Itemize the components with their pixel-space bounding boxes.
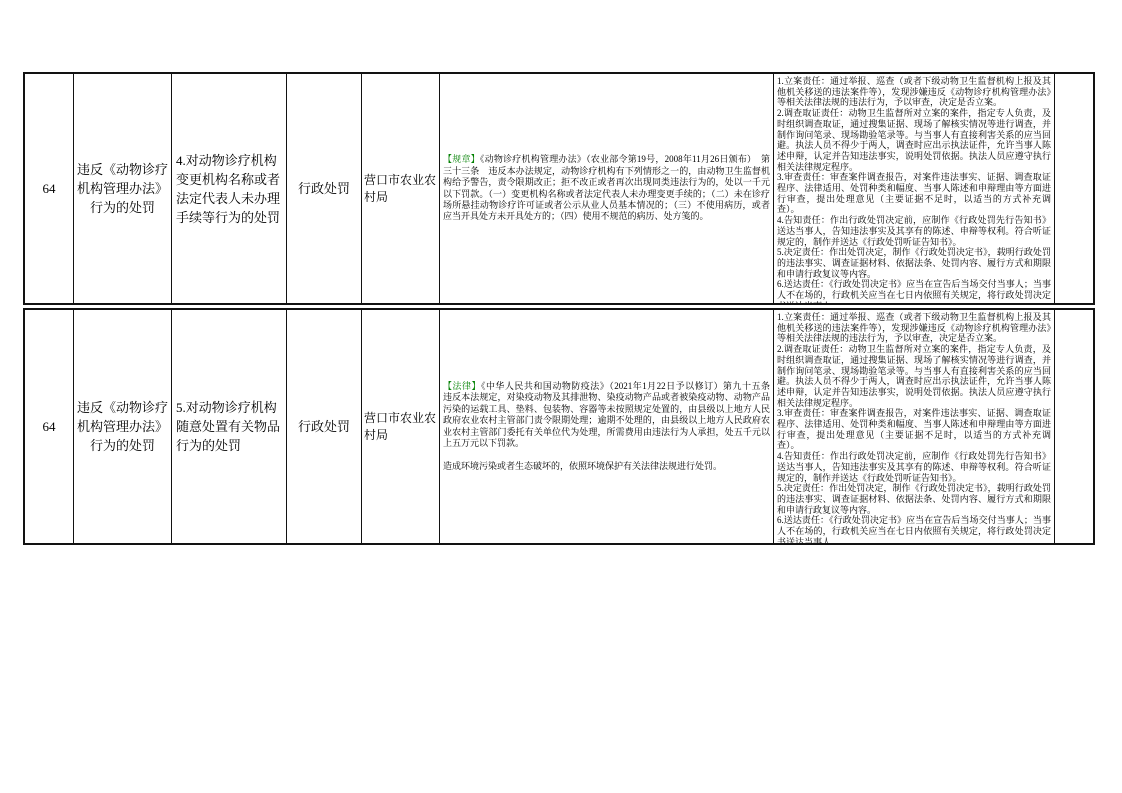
cell-sequence-number: 64 <box>25 310 74 543</box>
legal-basis-text: 【法律】《中华人民共和国动物防疫法》（2021年1月22日予以修订）第九十五条 … <box>443 381 770 472</box>
cell-legal-basis: 【规章】《动物诊疗机构管理办法》（农业部令第19号，2008年11月26日颁布）… <box>440 74 774 303</box>
duty-item: 2.调查取证责任：动物卫生监督所对立案的案件，指定专人负责，及时组织调查取证，通… <box>777 108 1051 172</box>
legal-type-tag: 【规章】 <box>443 154 480 164</box>
legal-basis-paragraph: 【规章】《动物诊疗机构管理办法》（农业部令第19号，2008年11月26日颁布）… <box>443 154 770 222</box>
duty-item: 3.审查责任：审查案件调查报告，对案件违法事实、证据、调查取证程序、法律适用、处… <box>777 172 1051 215</box>
cell-remarks-empty <box>1055 74 1093 303</box>
authority-name: 营口市农业农村局 <box>364 410 437 444</box>
duty-item: 6.送达责任：《行政处罚决定书》应当在宣告后当场交付当事人；当事人不在场的，行政… <box>777 515 1051 543</box>
cell-category: 行政处罚 <box>287 310 362 543</box>
cell-matter-name: 违反《动物诊疗机构管理办法》行为的处罚 <box>74 310 172 543</box>
sub-item-name: 5.对动物诊疗机构随意处置有关物品行为的处罚 <box>176 398 282 455</box>
cell-matter-name: 违反《动物诊疗机构管理办法》行为的处罚 <box>74 74 172 303</box>
cell-legal-basis: 【法律】《中华人民共和国动物防疫法》（2021年1月22日予以修订）第九十五条 … <box>440 310 774 543</box>
cell-sequence-number: 64 <box>25 74 74 303</box>
cell-implementing-authority: 营口市农业农村局 <box>362 74 440 303</box>
authority-list-table: 64 违反《动物诊疗机构管理办法》行为的处罚 4.对动物诊疗机构变更机构名称或者… <box>23 72 1095 545</box>
sequence-number: 64 <box>43 417 56 436</box>
legal-basis-text: 【规章】《动物诊疗机构管理办法》（农业部令第19号，2008年11月26日颁布）… <box>443 154 770 222</box>
legal-basis-body: 《动物诊疗机构管理办法》（农业部令第19号，2008年11月26日颁布） 第三十… <box>443 154 770 221</box>
cell-implementing-authority: 营口市农业农村局 <box>362 310 440 543</box>
duty-item: 5.决定责任：作出处罚决定，制作《行政处罚决定书》，载明行政处罚的违法事实、调查… <box>777 483 1051 515</box>
duty-item: 5.决定责任：作出处罚决定，制作《行政处罚决定书》，载明行政处罚的违法事实、调查… <box>777 247 1051 279</box>
sub-item-name: 4.对动物诊疗机构变更机构名称或者法定代表人未办理手续等行为的处罚 <box>176 151 282 227</box>
legal-basis-body: 《中华人民共和国动物防疫法》（2021年1月22日予以修订）第九十五条 违反本法… <box>443 381 774 448</box>
cell-remarks-empty <box>1055 310 1093 543</box>
duty-item: 3.审查责任：审查案件调查报告，对案件违法事实、证据、调查取证程序、法律适用、处… <box>777 408 1051 451</box>
category-label: 行政处罚 <box>298 179 350 198</box>
duty-item: 6.送达责任：《行政处罚决定书》应当在宣告后当场交付当事人；当事人不在场的，行政… <box>777 279 1051 303</box>
table-row: 64 违反《动物诊疗机构管理办法》行为的处罚 5.对动物诊疗机构随意处置有关物品… <box>23 308 1095 545</box>
matter-name: 违反《动物诊疗机构管理办法》行为的处罚 <box>77 160 168 217</box>
document-page: 64 违反《动物诊疗机构管理办法》行为的处罚 4.对动物诊疗机构变更机构名称或者… <box>0 0 1122 793</box>
duty-item: 1.立案责任：通过举报、巡查（或者下级动物卫生监督机构上报及其他机关移送的违法案… <box>777 76 1051 108</box>
legal-basis-extra-paragraph: 造成环境污染或者生态破坏的，依照环境保护有关法律法规进行处罚。 <box>443 461 770 472</box>
legal-type-tag: 【法律】 <box>443 381 481 391</box>
category-label: 行政处罚 <box>298 417 350 436</box>
cell-responsibilities: 1.立案责任：通过举报、巡查（或者下级动物卫生监督机构上报及其他机关移送的违法案… <box>774 310 1055 543</box>
authority-name: 营口市农业农村局 <box>364 172 437 206</box>
legal-basis-paragraph: 【法律】《中华人民共和国动物防疫法》（2021年1月22日予以修订）第九十五条 … <box>443 381 770 449</box>
cell-sub-item: 5.对动物诊疗机构随意处置有关物品行为的处罚 <box>172 310 287 543</box>
matter-name: 违反《动物诊疗机构管理办法》行为的处罚 <box>77 398 168 455</box>
cell-category: 行政处罚 <box>287 74 362 303</box>
paragraph-spacer <box>443 450 770 461</box>
sequence-number: 64 <box>43 179 56 198</box>
duty-item: 4.告知责任：作出行政处罚决定前，应制作《行政处罚先行告知书》送达当事人，告知违… <box>777 215 1051 247</box>
cell-responsibilities: 1.立案责任：通过举报、巡查（或者下级动物卫生监督机构上报及其他机关移送的违法案… <box>774 74 1055 303</box>
table-row: 64 违反《动物诊疗机构管理办法》行为的处罚 4.对动物诊疗机构变更机构名称或者… <box>23 72 1095 305</box>
duty-item: 1.立案责任：通过举报、巡查（或者下级动物卫生监督机构上报及其他机关移送的违法案… <box>777 312 1051 344</box>
duty-item: 4.告知责任：作出行政处罚决定前，应制作《行政处罚先行告知书》送达当事人，告知违… <box>777 451 1051 483</box>
duty-item: 2.调查取证责任：动物卫生监督所对立案的案件，指定专人负责，及时组织调查取证，通… <box>777 344 1051 408</box>
cell-sub-item: 4.对动物诊疗机构变更机构名称或者法定代表人未办理手续等行为的处罚 <box>172 74 287 303</box>
